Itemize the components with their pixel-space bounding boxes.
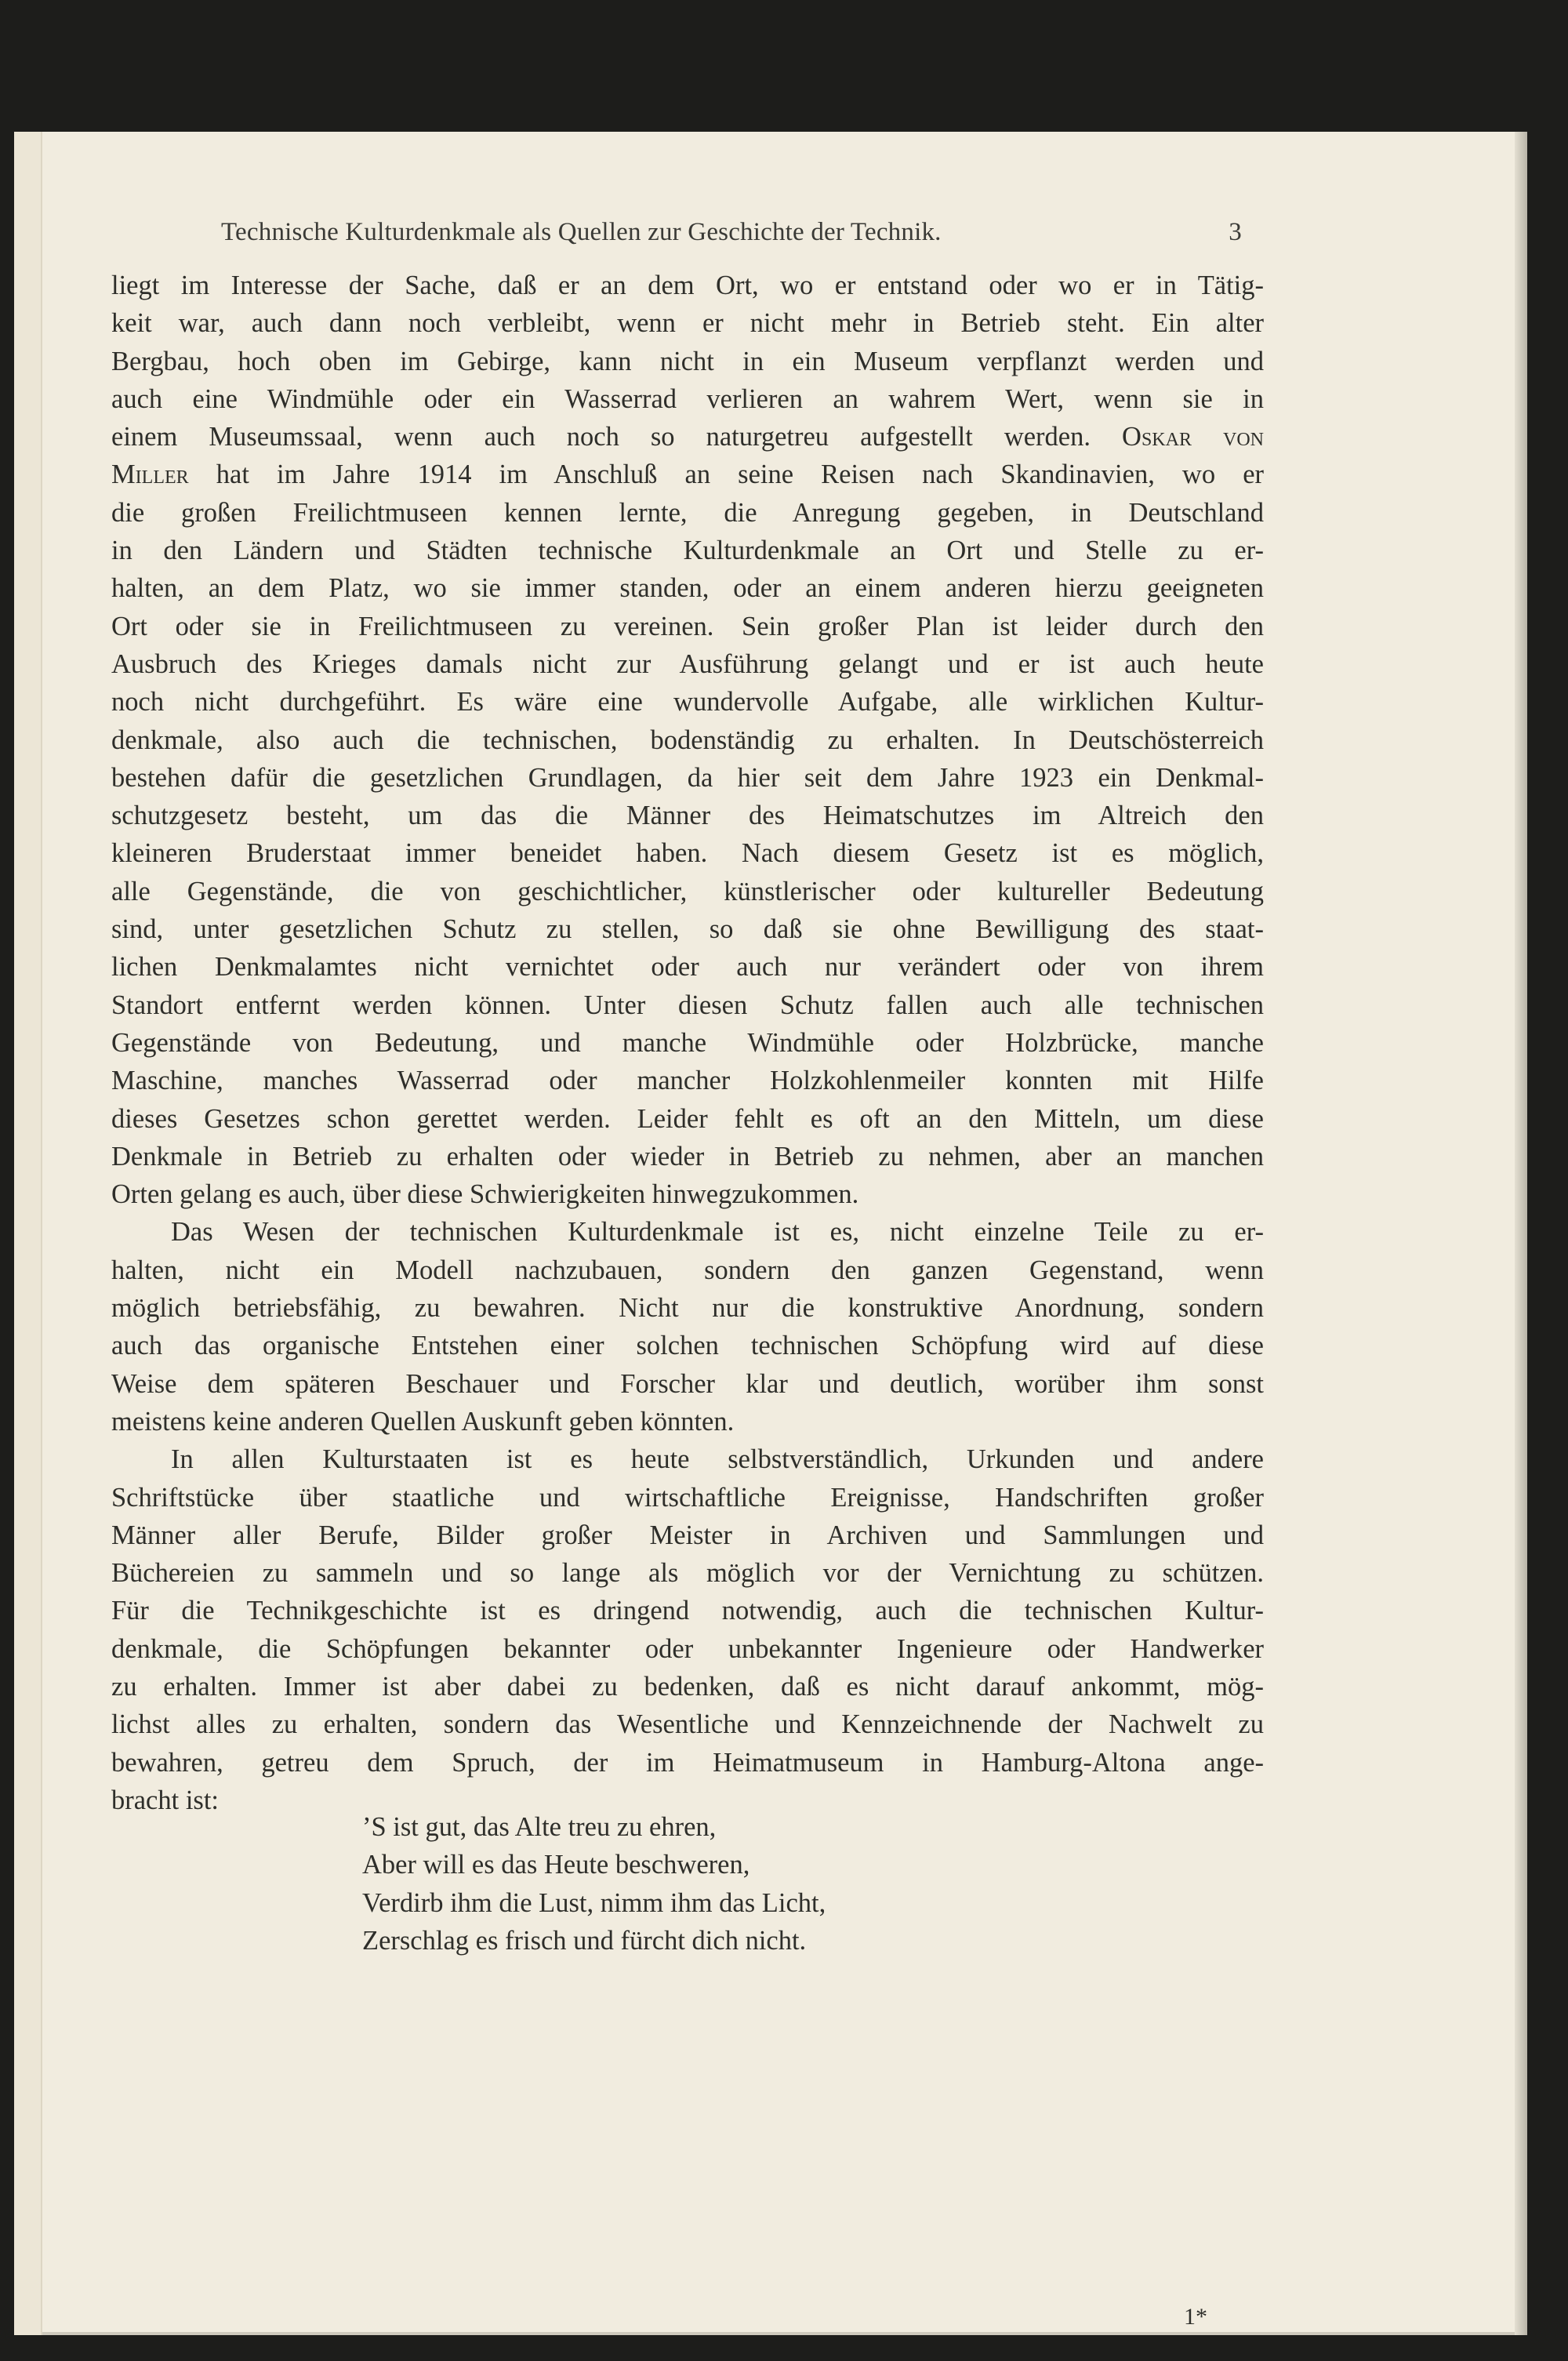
person-name: Oskar von (1122, 422, 1264, 452)
text-line: liegt im Interesse der Sache, daß er an … (111, 267, 1264, 304)
paragraph-start-line: In allen Kulturstaaten ist es heute selb… (111, 1440, 1264, 1478)
page-gutter-edge (14, 132, 42, 2335)
text-line: keit war, auch dann noch verbleibt, wenn… (111, 304, 1264, 342)
running-head: Technische Kulturdenkmale als Quellen zu… (221, 218, 1242, 247)
text-line: Bergbau, hoch oben im Gebirge, kann nich… (111, 343, 1264, 380)
page-number: 3 (1229, 218, 1242, 247)
text-line: Für die Technikgeschichte ist es dringen… (111, 1592, 1264, 1629)
text-line: lichen Denkmalamtes nicht vernichtet ode… (111, 948, 1264, 986)
running-title: Technische Kulturdenkmale als Quellen zu… (221, 218, 942, 247)
text-line: bewahren, getreu dem Spruch, der im Heim… (111, 1744, 1264, 1782)
text-line: Schriftstücke über staatliche und wirtsc… (111, 1479, 1264, 1516)
text-line: noch nicht durchgeführt. Es wäre eine wu… (111, 683, 1264, 721)
verse-quote: ’S ist gut, das Alte treu zu ehren, Aber… (111, 1808, 1264, 1960)
text-line: möglich betriebsfähig, zu bewahren. Nich… (111, 1289, 1264, 1327)
paragraph-start-line: Das Wesen der technischen Kulturdenkmale… (111, 1213, 1264, 1251)
text-line: halten, nicht ein Modell nachzubauen, so… (111, 1251, 1264, 1289)
text-line: lichst alles zu erhalten, sondern das We… (111, 1705, 1264, 1743)
text-line-with-name: Miller hat im Jahre 1914 im Anschluß an … (111, 456, 1264, 493)
text-line: die großen Freilichtmuseen kennen lernte… (111, 494, 1264, 532)
text-line: sind, unter gesetzlichen Schutz zu stell… (111, 910, 1264, 948)
verse-line: Aber will es das Heute beschweren, (111, 1846, 1264, 1883)
text-line: bestehen dafür die gesetzlichen Grundlag… (111, 759, 1264, 797)
text-line-with-name: einem Museumssaal, wenn auch noch so nat… (111, 418, 1264, 456)
text-line: denkmale, also auch die technischen, bod… (111, 721, 1264, 759)
page-fore-edge (1515, 132, 1527, 2335)
text-line: Denkmale in Betrieb zu erhalten oder wie… (111, 1138, 1264, 1175)
text-line: auch eine Windmühle oder ein Wasserrad v… (111, 380, 1264, 418)
text-line: Ort oder sie in Freilichtmuseen zu verei… (111, 608, 1264, 645)
text-line: Gegenstände von Bedeutung, und manche Wi… (111, 1024, 1264, 1062)
verse-line: Verdirb ihm die Lust, nimm ihm das Licht… (111, 1884, 1264, 1922)
signature-mark: 1* (1184, 2304, 1207, 2330)
text-line: alle Gegenstände, die von geschichtliche… (111, 873, 1264, 910)
text-line: in den Ländern und Städten technische Ku… (111, 532, 1264, 569)
text-line: schutzgesetz besteht, um das die Männer … (111, 797, 1264, 834)
verse-line: ’S ist gut, das Alte treu zu ehren, (111, 1808, 1264, 1846)
text-line: Standort entfernt werden können. Unter d… (111, 986, 1264, 1024)
paragraph-end-line: meistens keine anderen Quellen Auskunft … (111, 1403, 1264, 1440)
text-line: Weise dem späteren Beschauer und Forsche… (111, 1365, 1264, 1403)
paragraph-end-line: Orten gelang es auch, über diese Schwier… (111, 1175, 1264, 1213)
verse-line: Zerschlag es frisch und fürcht dich nich… (111, 1922, 1264, 1960)
text-line: kleineren Bruderstaat immer beneidet hab… (111, 834, 1264, 872)
text-line: auch das organische Entstehen einer solc… (111, 1327, 1264, 1364)
text-line: halten, an dem Platz, wo sie immer stand… (111, 569, 1264, 607)
text-line: Ausbruch des Krieges damals nicht zur Au… (111, 645, 1264, 683)
text-line: Maschine, manches Wasserrad oder mancher… (111, 1062, 1264, 1099)
body-text: liegt im Interesse der Sache, daß er an … (111, 267, 1264, 1960)
text-line: dieses Gesetzes schon gerettet werden. L… (111, 1100, 1264, 1138)
text-line: denkmale, die Schöpfungen bekannter oder… (111, 1630, 1264, 1668)
text-line: zu erhalten. Immer ist aber dabei zu bed… (111, 1668, 1264, 1705)
text-line: Männer aller Berufe, Bilder großer Meist… (111, 1516, 1264, 1554)
person-name: Miller (111, 459, 189, 489)
text-line: Büchereien zu sammeln und so lange als m… (111, 1554, 1264, 1592)
